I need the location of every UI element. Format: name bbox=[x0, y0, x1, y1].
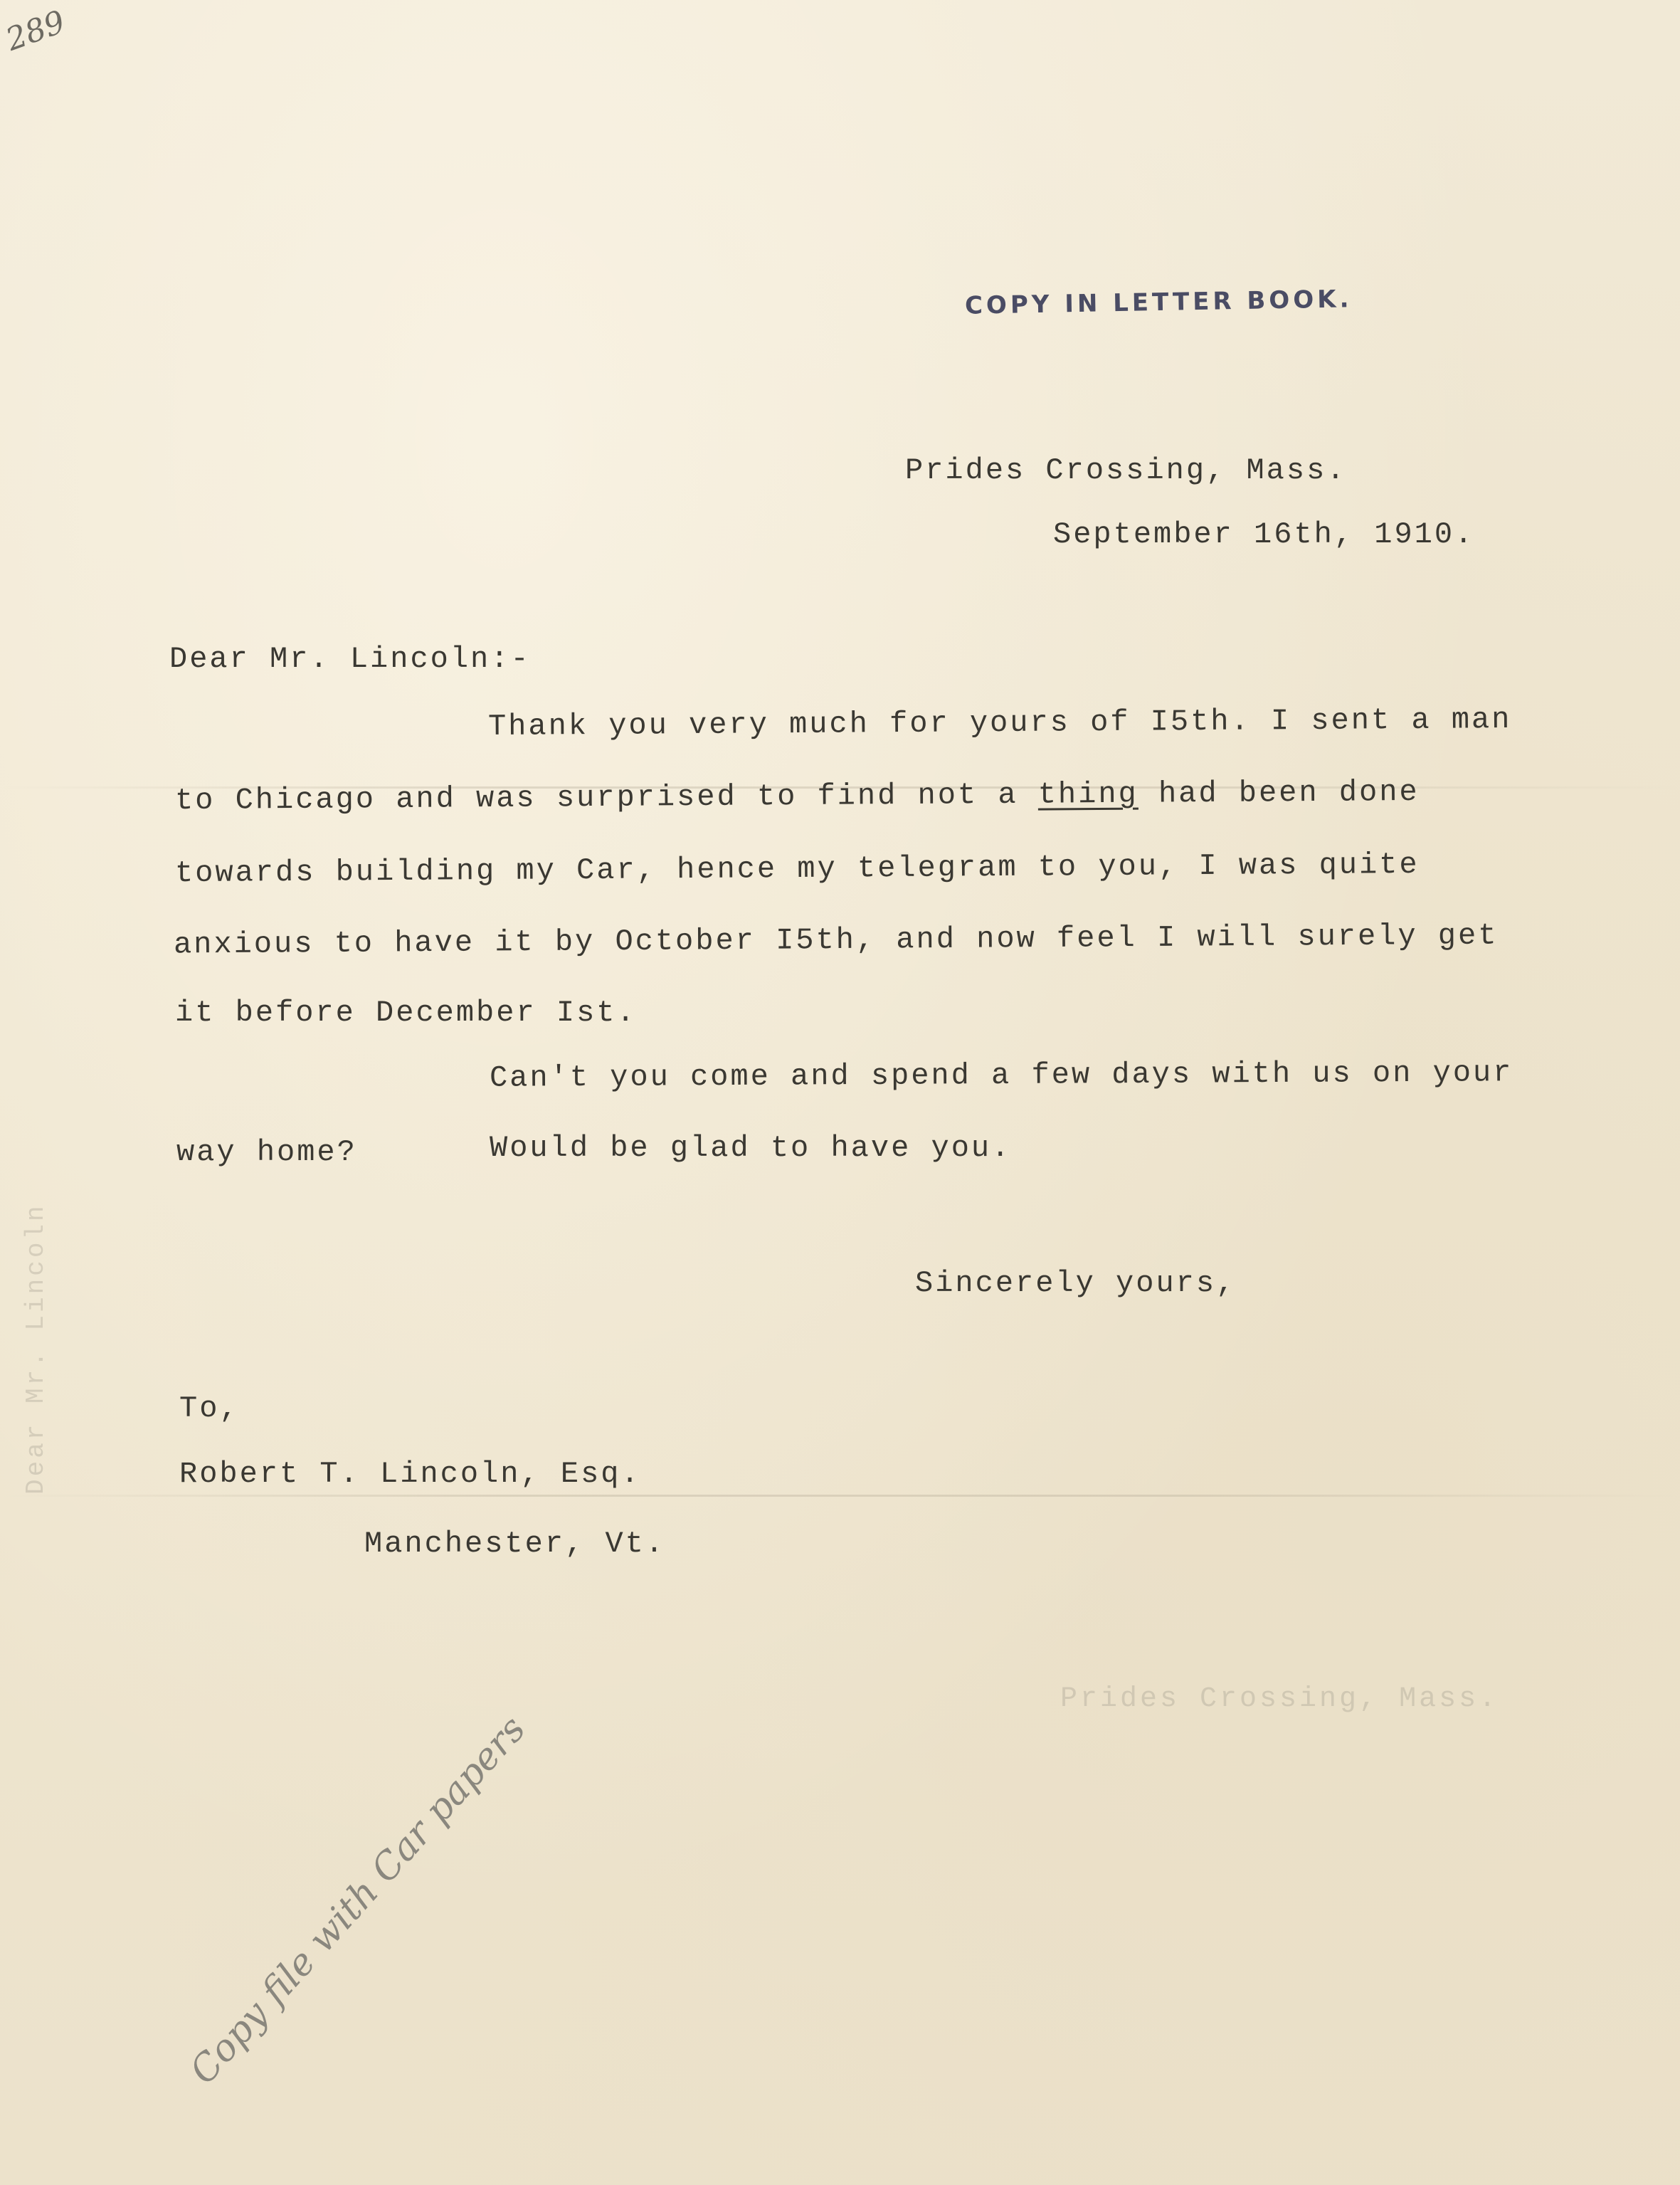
body-text: to Chicago and was surprised to find not… bbox=[175, 778, 1038, 818]
bleed-through-text: Dear Mr. Lincoln bbox=[21, 1203, 51, 1495]
body-line: anxious to have it by October I5th, and … bbox=[174, 921, 1499, 960]
letter-date: September 16th, 1910. bbox=[1053, 520, 1474, 549]
copy-in-letter-book-stamp: COPY IN LETTER BOOK. bbox=[965, 285, 1353, 320]
body-line: Thank you very much for yours of I5th. I… bbox=[488, 705, 1512, 742]
pencil-margin-note: Copy file with Car papers bbox=[181, 1708, 534, 2092]
body-line: Can't you come and spend a few days with… bbox=[490, 1058, 1513, 1093]
body-line: it before December Ist. bbox=[175, 998, 637, 1028]
body-text: had been done bbox=[1139, 775, 1420, 811]
body-line: way home? bbox=[176, 1137, 357, 1167]
letter-salutation: Dear Mr. Lincoln:- bbox=[169, 644, 531, 674]
recipient-prefix: To, bbox=[179, 1394, 240, 1423]
letter-place: Prides Crossing, Mass. bbox=[905, 456, 1347, 485]
recipient-location: Manchester, Vt. bbox=[364, 1529, 665, 1559]
body-line: Would be glad to have you. bbox=[490, 1133, 1011, 1163]
underlined-word: thing bbox=[1038, 777, 1139, 812]
page-number-annotation: 289 bbox=[1, 4, 70, 58]
body-line: to Chicago and was surprised to find not… bbox=[175, 777, 1420, 816]
recipient-name: Robert T. Lincoln, Esq. bbox=[179, 1459, 641, 1489]
letter-closing: Sincerely yours, bbox=[915, 1268, 1236, 1298]
bleed-through-text: Prides Crossing, Mass. bbox=[1060, 1683, 1499, 1715]
body-line: towards building my Car, hence my telegr… bbox=[175, 850, 1420, 888]
paper-fold-crease bbox=[0, 1495, 1680, 1497]
letter-page: 289 COPY IN LETTER BOOK. Prides Crossing… bbox=[0, 0, 1680, 2185]
